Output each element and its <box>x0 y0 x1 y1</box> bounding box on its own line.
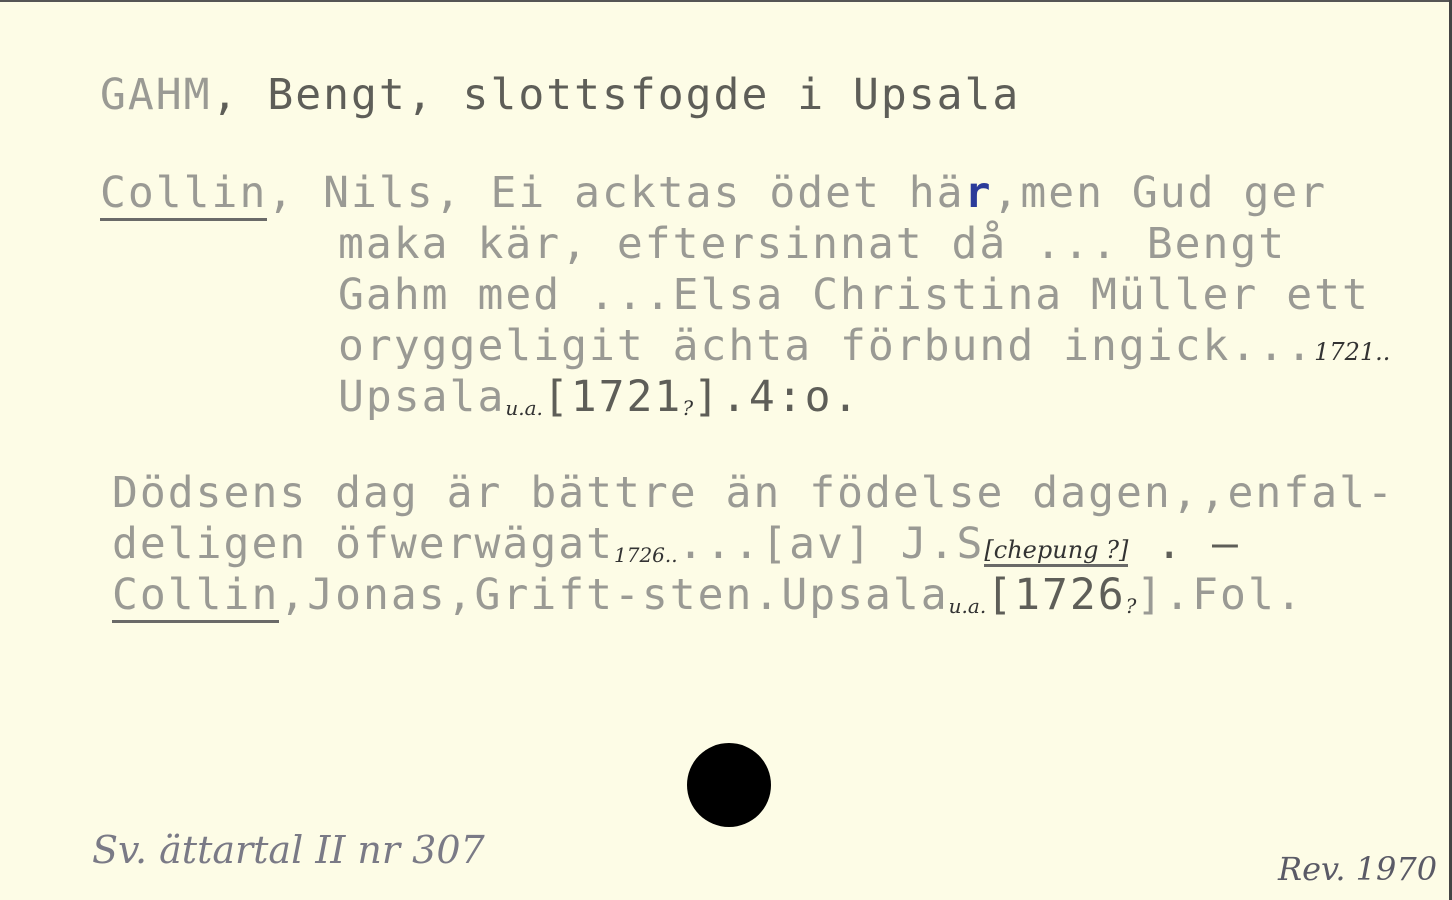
revision-note: Rev. 1970 <box>1278 850 1437 888</box>
entry1-line1-b: ,men Gud ger <box>992 168 1327 218</box>
entry1-correction: r <box>965 168 993 218</box>
entry1-line4: oryggeligit ächta förbund ingick...1721.… <box>338 321 1390 377</box>
entry2-hand-name: [chepung ?] <box>984 536 1128 567</box>
entry2-line1: Dödsens dag är bättre än födelse dagen,,… <box>112 468 1395 518</box>
entry1-hand-year: 1721.. <box>1314 338 1390 366</box>
entry2-author: Collin <box>112 570 279 623</box>
entry2-line3: Collin,Jonas,Grift-sten.Upsalau.a.[1726?… <box>112 570 1304 631</box>
card-top-edge <box>0 0 1452 2</box>
heading-surname: GAHM <box>100 70 212 120</box>
entry2-hand-year: 1726.. <box>614 543 678 567</box>
entry1-line1: Collin, Nils, Ei acktas ödet här,men Gud… <box>100 168 1327 218</box>
entry1-line3: Gahm med ...Elsa Christina Müller ett <box>338 270 1370 320</box>
entry1-author: Collin <box>100 168 267 221</box>
entry1-line1-a: , Nils, Ei acktas ödet hä <box>267 168 964 218</box>
entry1-hand-ua: u.a. <box>505 396 543 420</box>
entry1-line5: Upsalau.a.[1721?].4:o. <box>338 372 860 433</box>
catalog-card: GAHM, Bengt, slottsfogde i Upsala Collin… <box>0 0 1452 900</box>
heading-rest: , Bengt, slottsfogde i Upsala <box>212 70 1021 120</box>
card-heading: GAHM, Bengt, slottsfogde i Upsala <box>100 70 1020 120</box>
shelfmark-note: Sv. ättartal II nr 307 <box>92 828 485 872</box>
punch-hole <box>687 743 771 827</box>
entry1-line2: maka kär, eftersinnat då ... Bengt <box>338 219 1286 269</box>
